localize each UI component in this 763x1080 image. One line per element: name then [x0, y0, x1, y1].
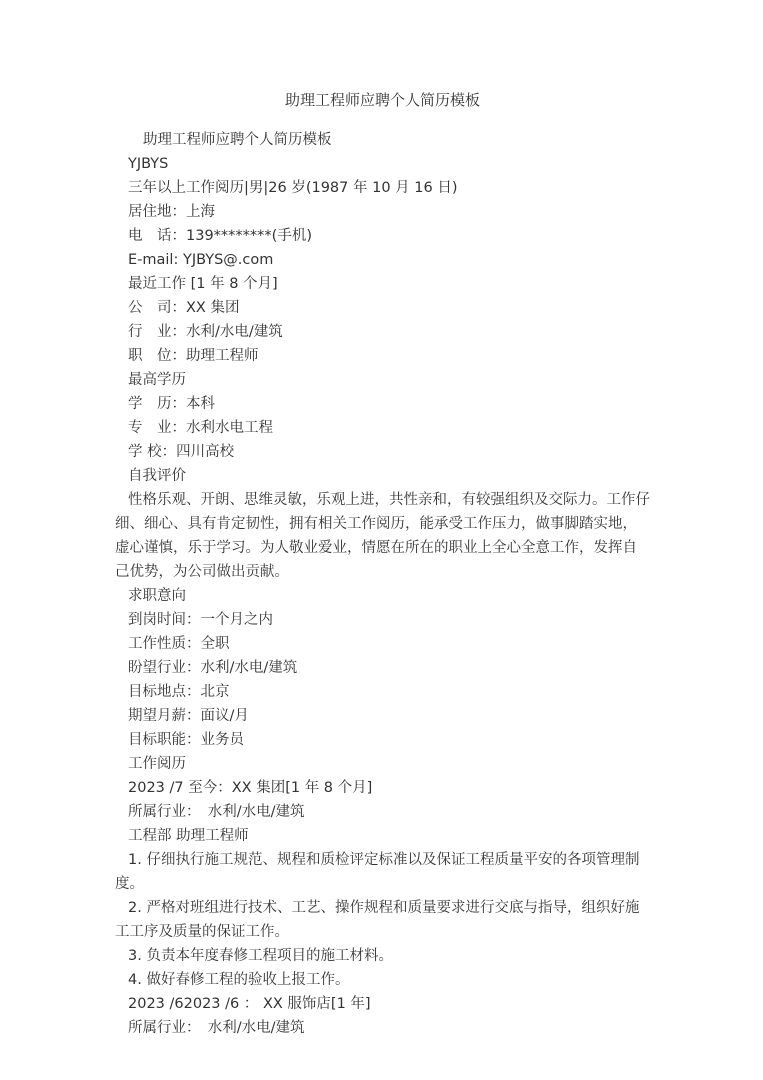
- document-line: 公 司：XX 集团: [115, 296, 650, 320]
- document-body: 助理工程师应聘个人简历模板YJBYS三年以上工作阅历|男|26 岁(1987 年…: [115, 128, 650, 1040]
- document-line: 2023 /7 至今：XX 集团[1 年 8 个月]: [115, 776, 650, 800]
- document-line: 工作阅历: [115, 752, 650, 776]
- document-line: 最近工作 [1 年 8 个月]: [115, 272, 650, 296]
- document-line: 目标职能：业务员: [115, 728, 650, 752]
- document-line: 到岗时间：一个月之内: [115, 608, 650, 632]
- document-line: YJBYS: [115, 152, 650, 176]
- document-line: 求职意向: [115, 584, 650, 608]
- document-line: 学 校：四川高校: [115, 440, 650, 464]
- document-line: 最高学历: [115, 368, 650, 392]
- document-page: 助理工程师应聘个人简历模板 助理工程师应聘个人简历模板YJBYS三年以上工作阅历…: [0, 0, 763, 1080]
- document-line: 性格乐观、开朗、思维灵敏，乐观上进，共性亲和，有较强组织及交际力。工作仔细、细心…: [115, 488, 650, 584]
- document-line: 助理工程师应聘个人简历模板: [115, 128, 650, 152]
- document-line: 学 历：本科: [115, 392, 650, 416]
- document-line: 3. 负责本年度春修工程项目的施工材料。: [115, 944, 650, 968]
- document-line: 盼望行业：水利/水电/建筑: [115, 656, 650, 680]
- document-line: 职 位：助理工程师: [115, 344, 650, 368]
- document-line: 行 业：水利/水电/建筑: [115, 320, 650, 344]
- document-line: E-mail: YJBYS@.com: [115, 248, 650, 272]
- document-line: 工程部 助理工程师: [115, 824, 650, 848]
- document-line: 电 话：139********(手机): [115, 224, 650, 248]
- document-title: 助理工程师应聘个人简历模板: [115, 88, 650, 112]
- document-line: 4. 做好春修工程的验收上报工作。: [115, 968, 650, 992]
- document-line: 目标地点：北京: [115, 680, 650, 704]
- document-line: 所属行业： 水利/水电/建筑: [115, 1016, 650, 1040]
- document-line: 专 业：水利水电工程: [115, 416, 650, 440]
- document-line: 自我评价: [115, 464, 650, 488]
- document-line: 2. 严格对班组进行技术、工艺、操作规程和质量要求进行交底与指导，组织好施工工序…: [115, 896, 650, 944]
- document-line: 居住地：上海: [115, 200, 650, 224]
- document-line: 1. 仔细执行施工规范、规程和质检评定标准以及保证工程质量平安的各项管理制度。: [115, 848, 650, 896]
- document-line: 所属行业： 水利/水电/建筑: [115, 800, 650, 824]
- document-line: 工作性质：全职: [115, 632, 650, 656]
- document-line: 三年以上工作阅历|男|26 岁(1987 年 10 月 16 日): [115, 176, 650, 200]
- document-line: 期望月薪：面议/月: [115, 704, 650, 728]
- document-line: 2023 /62023 /6 ： XX 服饰店[1 年]: [115, 992, 650, 1016]
